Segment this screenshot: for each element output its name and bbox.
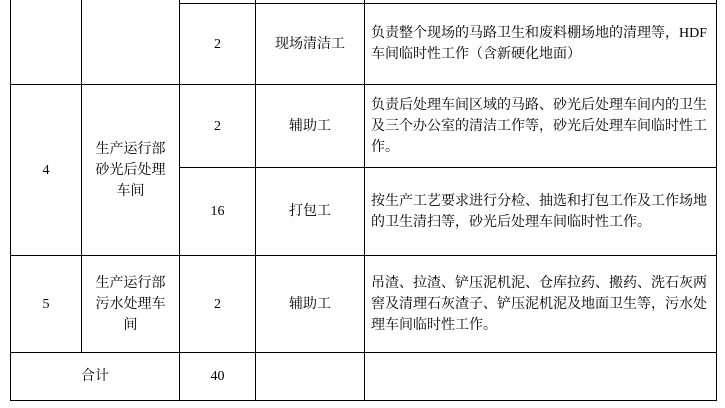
headcount-cell: 16 <box>180 168 256 256</box>
duties-cell: 负责后处理车间区域的马路、砂光后处理车间内的卫生及三个办公室的清洁工作等，砂光后… <box>365 85 717 168</box>
staffing-table-page: 2 现场清洁工 负责整个现场的马路卫生和废料棚场地的清理等，HDF车间临时性工作… <box>0 0 725 408</box>
duties-cell: 负责整个现场的马路卫生和废料棚场地的清理等，HDF车间临时性工作（含新硬化地面） <box>365 4 717 85</box>
seq-cell-continued <box>10 0 82 85</box>
department-cell: 生产运行部砂光后处理车间 <box>82 85 180 256</box>
total-label-cell: 合计 <box>10 353 180 401</box>
job-title-cell: 辅助工 <box>256 256 365 353</box>
headcount-cell: 2 <box>180 4 256 85</box>
duties-cell: 按生产工艺要求进行分检、抽选和打包工作及工作场地的卫生清扫等，砂光后处理车间临时… <box>365 168 717 256</box>
job-title-cell: 打包工 <box>256 168 365 256</box>
headcount-cell: 2 <box>180 85 256 168</box>
seq-cell: 5 <box>10 256 82 353</box>
total-headcount-cell: 40 <box>180 353 256 401</box>
job-title-cell: 辅助工 <box>256 85 365 168</box>
seq-cell: 4 <box>10 85 82 256</box>
duties-cell: 吊渣、拉渣、铲压泥机泥、仓库拉药、搬药、洗石灰两窖及清理石灰渣子、铲压泥机泥及地… <box>365 256 717 353</box>
headcount-cell: 2 <box>180 256 256 353</box>
total-duties-cell-empty <box>365 353 717 401</box>
department-cell-continued <box>82 0 180 85</box>
department-cell: 生产运行部污水处理车间 <box>82 256 180 353</box>
job-title-cell: 现场清洁工 <box>256 4 365 85</box>
total-job-cell-empty <box>256 353 365 401</box>
